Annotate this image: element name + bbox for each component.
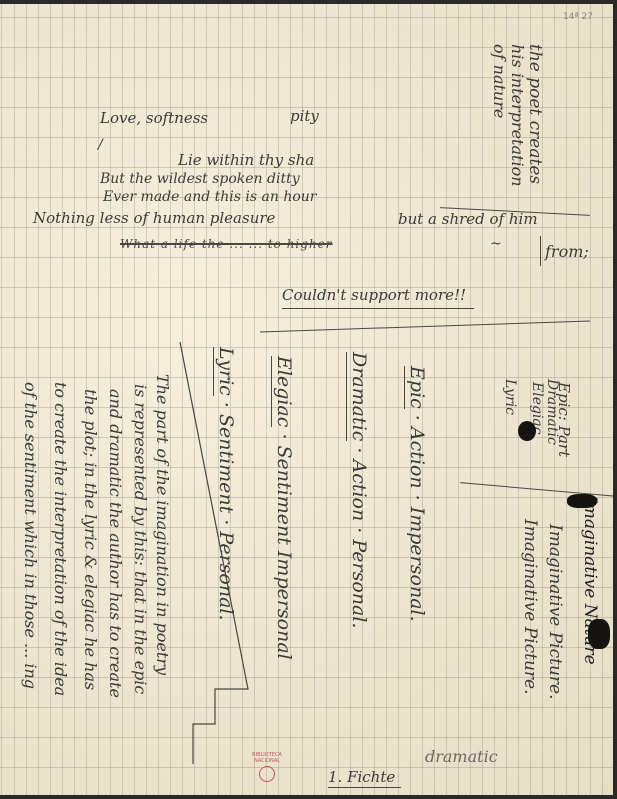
pencil-note-dramatic: dramatic — [425, 747, 498, 766]
paragraph-line-1: The part of the imagination in poetry — [153, 374, 172, 675]
library-stamp: BIBLIOTECA NACIONAL — [245, 752, 289, 782]
paragraph-line-3: and dramatic the author has to create — [106, 389, 125, 698]
paragraph-line-4: the plot; in the lyric & elegiac he has — [81, 389, 100, 690]
signature-fichte: 1. Fichte — [328, 768, 401, 788]
stamp-seal-icon — [259, 766, 275, 782]
manuscript-page: 14ª 27 the poet creates his interpretati… — [0, 4, 613, 795]
paragraph-line-6: of the sentiment which in those ... ing — [21, 382, 40, 689]
paragraph-line-5: to create the interpretation of the idea — [51, 382, 70, 696]
paragraph-line-2: is represented by this: that in the epic — [131, 384, 150, 694]
